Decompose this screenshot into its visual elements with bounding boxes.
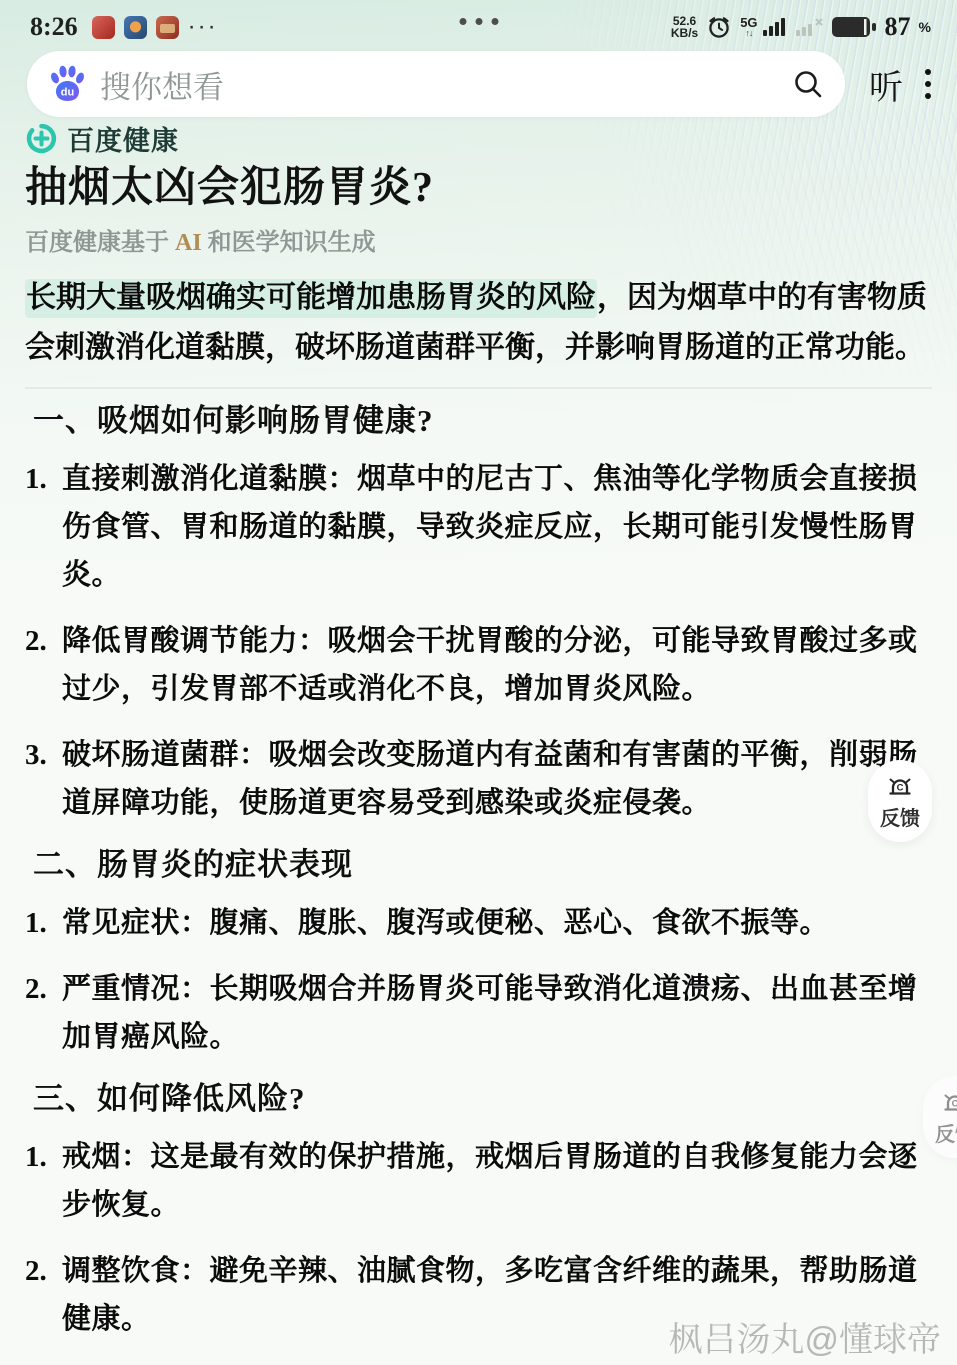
siren-icon: C — [941, 1089, 957, 1115]
svg-text:du: du — [61, 87, 74, 99]
item-text: 戒烟：这是最有效的保护措施，戒烟后胃肠道的自我修复能力会逐步恢复。 — [62, 1133, 932, 1229]
list-item: 2. 降低胃酸调节能力：吸烟会干扰胃酸的分泌，可能导致胃酸过多或过少，引发胃部不… — [25, 617, 932, 713]
signal-bars-no-sim-icon — [796, 17, 823, 37]
clock-time: 8:26 — [30, 12, 78, 42]
item-number: 3. — [25, 731, 62, 827]
item-number: 1. — [25, 455, 62, 599]
feedback-button[interactable]: C 反馈 — [868, 760, 932, 842]
search-input[interactable]: du 搜你想看 — [27, 51, 845, 117]
siren-icon: C — [886, 773, 914, 799]
item-number: 1. — [25, 1133, 62, 1229]
notification-app-icon-2 — [124, 16, 147, 39]
item-number: 2. — [25, 1247, 62, 1343]
section-heading-2: 二、肠胃炎的症状表现 — [33, 845, 932, 885]
network-speed: 52.6 KB/s — [671, 15, 698, 39]
notification-app-icon-1 — [92, 16, 115, 39]
highlighted-text: 长期大量吸烟确实可能增加患肠胃炎的风险 — [25, 279, 597, 318]
more-notifications-ellipsis: ··· — [188, 17, 218, 37]
watermark: 枫吕汤丸@懂球帝 — [668, 1312, 941, 1361]
search-placeholder: 搜你想看 — [100, 62, 791, 107]
list-item: 2. 严重情况：长期吸烟合并肠胃炎可能导致消化道溃疡、出血甚至增加胃癌风险。 — [25, 965, 932, 1061]
article-content: 百度健康 抽烟太凶会犯肠胃炎? 百度健康基于 AI 和医学知识生成 长期大量吸烟… — [0, 120, 957, 1361]
svg-text:C: C — [952, 1099, 957, 1110]
item-number: 1. — [25, 899, 62, 947]
baidu-health-logo-icon — [25, 122, 58, 155]
ai-label: AI — [175, 230, 202, 256]
brand-name: 百度健康 — [67, 119, 179, 158]
list-item: 1. 直接刺激消化道黏膜：烟草中的尼古丁、焦油等化学物质会直接损伤食管、胃和肠道… — [25, 455, 932, 599]
page-title: 抽烟太凶会犯肠胃炎? — [25, 162, 932, 214]
status-bar-left: 8:26 ··· — [30, 12, 218, 42]
menu-kebab-icon[interactable] — [919, 63, 937, 105]
baidu-paw-logo-icon: du — [47, 64, 87, 104]
item-text: 常见症状：腹痛、腹胀、腹泻或便秘、恶心、食欲不振等。 — [62, 899, 932, 947]
search-row: du 搜你想看 听 — [0, 50, 957, 118]
svg-text:C: C — [897, 783, 904, 794]
feedback-label: 反馈 — [935, 1118, 957, 1147]
baidu-health-ai-result-page: 8:26 ··· 52.6 KB/s 5G ↑↓ — [0, 0, 957, 1365]
section-divider — [25, 387, 932, 389]
status-bar-right: 52.6 KB/s 5G ↑↓ — [671, 12, 931, 42]
battery-percent: 87 — [885, 12, 911, 42]
intro-paragraph: 长期大量吸烟确实可能增加患肠胃炎的风险，因为烟草中的有害物质会刺激消化道黏膜，破… — [25, 273, 932, 373]
list-item: 3. 破坏肠道菌群：吸烟会改变肠道内有益菌和有害菌的平衡，削弱肠道屏障功能，使肠… — [25, 731, 932, 827]
list-item: 1. 常见症状：腹痛、腹胀、腹泻或便秘、恶心、食欲不振等。 — [25, 899, 932, 947]
search-icon[interactable] — [791, 67, 825, 101]
item-number: 2. — [25, 965, 62, 1061]
network-speed-unit: KB/s — [671, 27, 698, 39]
network-type-5g: 5G ↑↓ — [740, 17, 757, 38]
alarm-clock-icon — [706, 14, 732, 40]
notification-app-icon-3 — [156, 16, 179, 39]
section-heading-3: 三、如何降低风险? — [33, 1079, 932, 1119]
ai-generated-subtitle: 百度健康基于 AI 和医学知识生成 — [25, 228, 932, 258]
signal-bars-icon — [763, 17, 788, 37]
item-text: 降低胃酸调节能力：吸烟会干扰胃酸的分泌，可能导致胃酸过多或过少，引发胃部不适或消… — [62, 617, 932, 713]
item-number: 2. — [25, 617, 62, 713]
camera-notch-dots — [459, 18, 498, 25]
status-bar: 8:26 ··· 52.6 KB/s 5G ↑↓ — [0, 0, 957, 50]
item-text: 直接刺激消化道黏膜：烟草中的尼古丁、焦油等化学物质会直接损伤食管、胃和肠道的黏膜… — [62, 455, 932, 599]
section-heading-1: 一、吸烟如何影响肠胃健康? — [33, 401, 932, 441]
listen-button[interactable]: 听 — [869, 60, 903, 109]
baidu-health-brand: 百度健康 — [25, 120, 932, 156]
feedback-label: 反馈 — [880, 802, 920, 831]
percent-sign: % — [919, 19, 931, 35]
list-item: 1. 戒烟：这是最有效的保护措施，戒烟后胃肠道的自我修复能力会逐步恢复。 — [25, 1133, 932, 1229]
item-text: 严重情况：长期吸烟合并肠胃炎可能导致消化道溃疡、出血甚至增加胃癌风险。 — [62, 965, 932, 1061]
item-text: 破坏肠道菌群：吸烟会改变肠道内有益菌和有害菌的平衡，削弱肠道屏障功能，使肠道更容… — [62, 731, 932, 827]
battery-icon — [831, 15, 877, 39]
data-arrows: ↑↓ — [745, 29, 752, 38]
